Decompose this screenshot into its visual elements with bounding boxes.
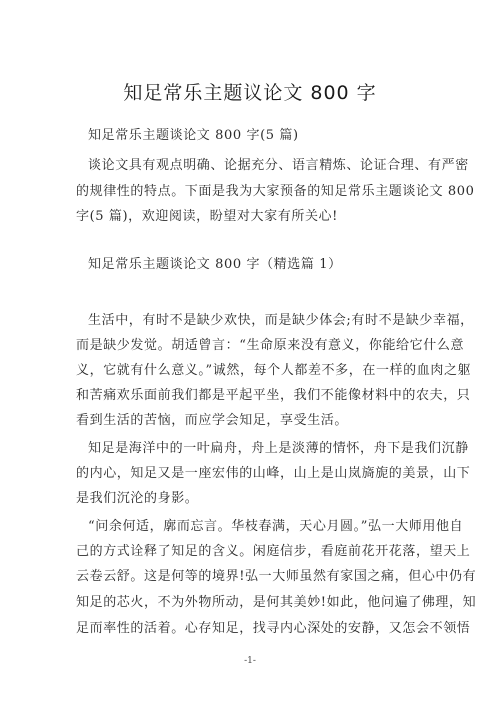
paragraph-line: 而是缺少发觉。胡适曾言：“生命原来没有意义，你能给它什么意 [76, 337, 416, 355]
page-number: -1- [0, 656, 500, 666]
paragraph-line: 义，它就有什么意义。”诚然，每个人都差不多，在一样的血肉之躯 [76, 362, 416, 380]
document-title: 知足常乐主题议论文 800 字 [0, 78, 500, 105]
paragraph-line: 云卷云舒。这是何等的境界!弘一大师虽然有家国之痛，但心中仍有 [76, 568, 416, 586]
paragraph-line: 看到生活的苦恼，而应学会知足，享受生活。 [76, 412, 416, 430]
document-subtitle: 知足常乐主题谈论文 800 字(5 篇) [88, 127, 428, 145]
document-page: 知足常乐主题议论文 800 字 知足常乐主题谈论文 800 字(5 篇) 谈论文… [0, 0, 500, 707]
paragraph-line: 足而率性的活着。心存知足，找寻内心深处的安静，又怎会不领悟 [76, 620, 416, 638]
paragraph-line: 己的方式诠释了知足的含义。闲庭信步，看庭前花开花落，望天上 [76, 543, 416, 561]
paragraph-line: 的内心，知足又是一座宏伟的山峰，山上是山岚旖旎的美景，山下 [76, 465, 416, 483]
section-heading: 知足常乐主题谈论文 800 字（精选篇 1） [88, 256, 428, 274]
paragraph-line: 和苦痛欢乐面前我们都是平起平坐，我们不能像材料中的农夫，只 [76, 387, 416, 405]
paragraph-line: 知足是海洋中的一叶扁舟，舟上是淡薄的情怀，舟下是我们沉静 [88, 440, 428, 458]
paragraph-line: 知足的芯火，不为外物所动，是何其美妙!如此，他问遍了佛理，知 [76, 594, 416, 612]
paragraph-line: “问余何适，廓而忘言。华枝春满，天心月圆。”弘一大师用他自 [88, 518, 428, 536]
intro-line: 字(5 篇)，欢迎阅读，盼望对大家有所关心! [76, 208, 416, 226]
paragraph-line: 是我们沉沦的身影。 [76, 490, 416, 508]
intro-line: 的规律性的特点。下面是我为大家预备的知足常乐主题谈论文 800 [76, 183, 416, 201]
intro-line: 谈论文具有观点明确、论据充分、语言精炼、论证合理、有严密 [88, 157, 428, 175]
paragraph-line: 生活中，有时不是缺少欢快，而是缺少体会;有时不是缺少幸福， [88, 312, 428, 330]
